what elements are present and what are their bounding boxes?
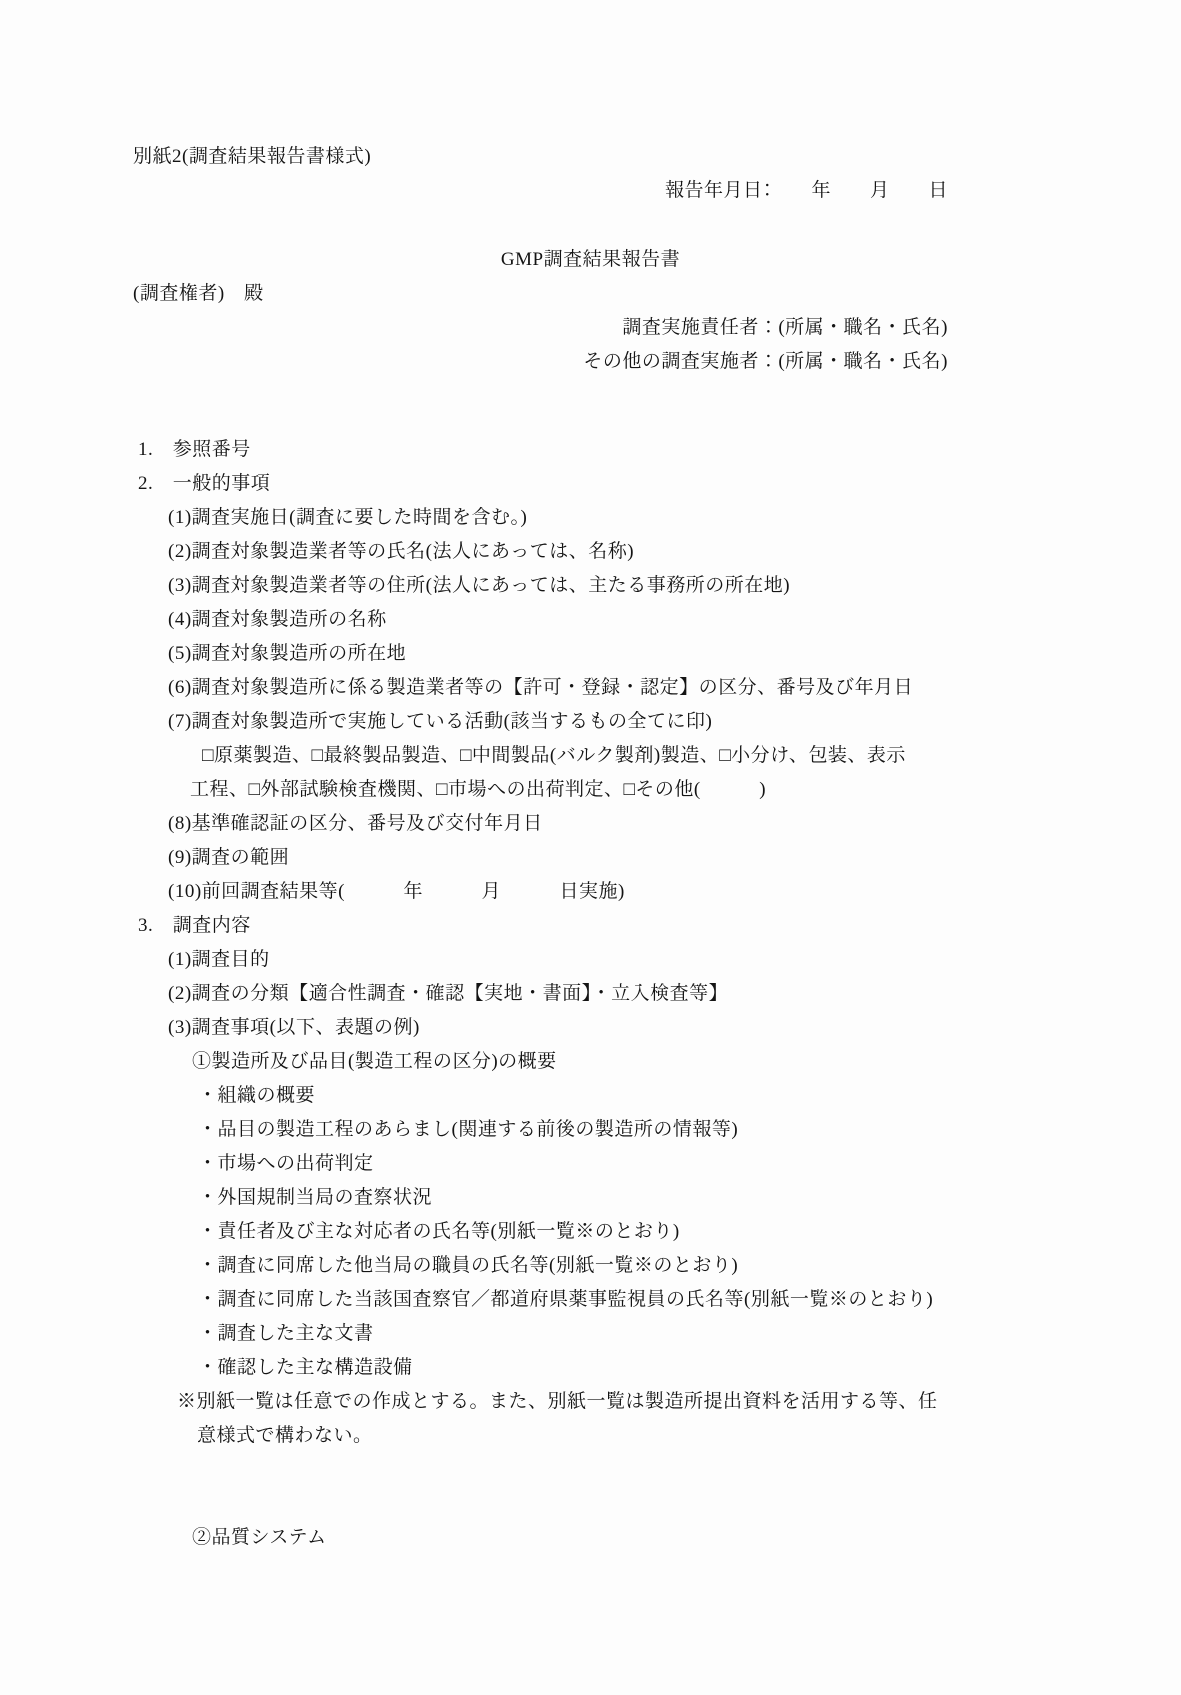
doc-line-12: (8)基準確認証の区分、番号及び交付年月日 bbox=[133, 807, 1081, 841]
doc-line-21: ・品目の製造工程のあらまし(関連する前後の製造所の情報等) bbox=[133, 1113, 1081, 1147]
doc-line-13: (9)調査の範囲 bbox=[133, 841, 1081, 875]
doc-line-7: (5)調査対象製造所の所在地 bbox=[133, 637, 1081, 671]
other-investigators-line: その他の調査実施者：(所属・職名・氏名) bbox=[133, 345, 1181, 379]
doc-line-27: ・調査した主な文書 bbox=[133, 1317, 1081, 1351]
doc-line-23: ・外国規制当局の査察状況 bbox=[133, 1181, 1081, 1215]
addressee-line: (調査権者) 殿 bbox=[133, 277, 1081, 311]
doc-line-3: (1)調査実施日(調査に要した時間を含む。) bbox=[133, 501, 1081, 535]
doc-line-29: ※別紙一覧は任意での作成とする。また、別紙一覧は製造所提出資料を活用する等、任 bbox=[133, 1385, 1081, 1419]
doc-line-2: 2. 一般的事項 bbox=[133, 467, 1081, 501]
doc-line-19: ①製造所及び品目(製造工程の区分)の概要 bbox=[133, 1045, 1081, 1079]
doc-line-8: (6)調査対象製造所に係る製造業者等の【許可・登録・認定】の区分、番号及び年月日 bbox=[133, 671, 1081, 705]
doc-line-24: ・責任者及び主な対応者の氏名等(別紙一覧※のとおり) bbox=[133, 1215, 1081, 1249]
doc-line-25: ・調査に同席した他当局の職員の氏名等(別紙一覧※のとおり) bbox=[133, 1249, 1081, 1283]
document-title: GMP調査結果報告書 bbox=[0, 243, 1181, 277]
doc-line-4: (2)調査対象製造業者等の氏名(法人にあっては、名称) bbox=[133, 535, 1081, 569]
doc-line-10: □原薬製造、□最終製品製造、□中間製品(バルク製剤)製造、□小分け、包装、表示 bbox=[133, 739, 1081, 773]
doc-line-9: (7)調査対象製造所で実施している活動(該当するもの全てに印) bbox=[133, 705, 1081, 739]
doc-line-18: (3)調査事項(以下、表題の例) bbox=[133, 1011, 1081, 1045]
doc-line-26: ・調査に同席した当該国査察官／都道府県薬事監視員の氏名等(別紙一覧※のとおり) bbox=[133, 1283, 1081, 1317]
doc-line-31 bbox=[133, 1453, 1081, 1487]
doc-line-28: ・確認した主な構造設備 bbox=[133, 1351, 1081, 1385]
doc-line-1: 1. 参照番号 bbox=[133, 433, 1081, 467]
doc-line-11: 工程、□外部試験検査機関、□市場への出荷判定、□その他( ) bbox=[133, 773, 1081, 807]
document-content: 別紙2(調査結果報告書様式) 報告年月日： 年 月 日 GMP調査結果報告書 (… bbox=[0, 0, 1181, 1695]
doc-line-15: 3. 調査内容 bbox=[133, 909, 1081, 943]
doc-line-32 bbox=[133, 1487, 1081, 1521]
report-date-line: 報告年月日： 年 月 日 bbox=[133, 174, 1181, 208]
spacer-line bbox=[133, 406, 1081, 433]
doc-label: 別紙2(調査結果報告書様式) bbox=[133, 140, 1081, 174]
spacer-line bbox=[133, 208, 1081, 243]
lead-investigator-line: 調査実施責任者：(所属・職名・氏名) bbox=[133, 311, 1181, 345]
document-body: 1. 参照番号2. 一般的事項(1)調査実施日(調査に要した時間を含む。)(2)… bbox=[133, 433, 1081, 1555]
spacer-line bbox=[133, 379, 1081, 406]
doc-line-22: ・市場への出荷判定 bbox=[133, 1147, 1081, 1181]
doc-line-20: ・組織の概要 bbox=[133, 1079, 1081, 1113]
doc-line-30: 意様式で構わない。 bbox=[133, 1419, 1081, 1453]
doc-line-6: (4)調査対象製造所の名称 bbox=[133, 603, 1081, 637]
doc-line-17: (2)調査の分類【適合性調査・確認【実地・書面】・立入検査等】 bbox=[133, 977, 1081, 1011]
doc-line-33: ②品質システム bbox=[133, 1521, 1081, 1555]
document-page: 別紙2(調査結果報告書様式) 報告年月日： 年 月 日 GMP調査結果報告書 (… bbox=[0, 0, 1181, 1695]
doc-line-14: (10)前回調査結果等( 年 月 日実施) bbox=[133, 875, 1081, 909]
doc-line-5: (3)調査対象製造業者等の住所(法人にあっては、主たる事務所の所在地) bbox=[133, 569, 1081, 603]
doc-line-16: (1)調査目的 bbox=[133, 943, 1081, 977]
